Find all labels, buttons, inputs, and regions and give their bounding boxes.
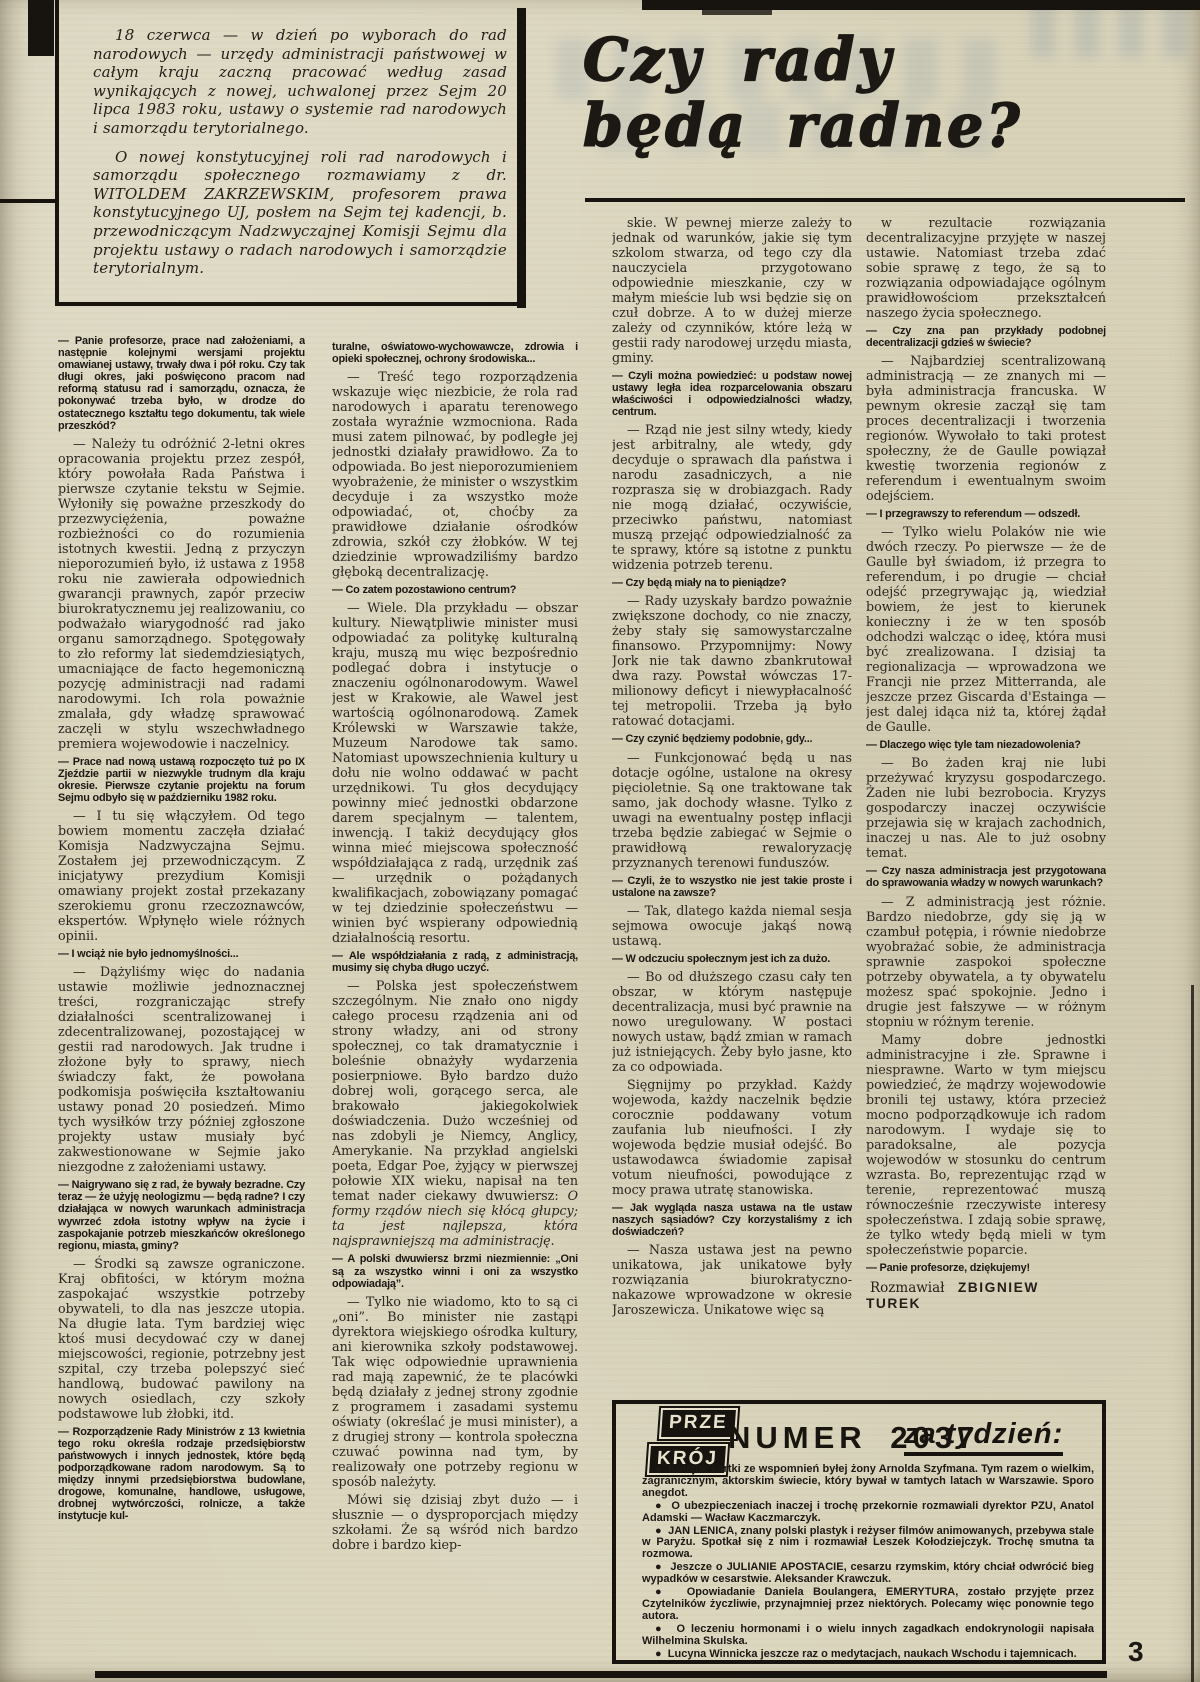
next-issue-tagline: za tydzień: xyxy=(904,1418,1063,1456)
next-issue-item: Opowiadanie Daniela Boulangera, EMERYTUR… xyxy=(642,1587,1094,1623)
interview-question: — Rozporządzenie Rady Ministrów z 13 kwi… xyxy=(58,1426,305,1523)
interview-question: — Naigrywano się z rad, że bywały bezrad… xyxy=(58,1179,305,1252)
headline-line-2: będą radne? xyxy=(583,92,1193,161)
article-headline: Czy rady będą radne? xyxy=(583,26,1193,158)
interview-answer: — Wiele. Dla przykładu — obszar kultury.… xyxy=(332,600,578,945)
interview-answer: — Najbardziej scentralizowaną administra… xyxy=(866,353,1106,503)
interview-answer: Mamy dobre jednostki administracyjne i z… xyxy=(866,1032,1106,1257)
interview-answer: Mówi się dzisiaj zbyt dużo — i słusznie … xyxy=(332,1492,578,1552)
interview-question: — Czyli można powiedzieć: u podstaw nowe… xyxy=(612,370,852,418)
next-issue-list: Kolejne kartki ze wspomnień byłej żony A… xyxy=(642,1464,1094,1662)
interview-answer: — Należy tu odróżnić 2-letni okres oprac… xyxy=(58,436,305,751)
interview-answer: w rezultacie rozwiązania decentralizacyj… xyxy=(866,215,1106,320)
interview-answer: — Polska jest społeczeństwem szczególnym… xyxy=(332,978,578,1248)
next-issue-item: JAN LENICA, znany polski plastyk i reżys… xyxy=(642,1526,1094,1562)
interview-question: — Jak wygląda nasza ustawa na tle ustaw … xyxy=(612,1202,852,1238)
interview-question: — Panie profesorze, dziękujemy! xyxy=(866,1262,1106,1274)
article-column-2: turalne, oświatowo-wychowawcze, zdrowia … xyxy=(332,336,578,1680)
scan-edge-mark xyxy=(702,10,772,15)
interview-answer: — Nasza ustawa jest na pewno unikatowa, … xyxy=(612,1242,852,1317)
next-issue-item: Jeszcze o JULIANIE APOSTACIE, cesarzu rz… xyxy=(642,1562,1094,1586)
interview-answer: skie. W pewnej mierze zależy to jednak o… xyxy=(612,215,852,365)
byline: Rozmawiał ZBIGNIEW TUREK xyxy=(866,1280,1106,1312)
scan-edge-mark xyxy=(28,0,54,56)
page-number: 3 xyxy=(1128,1636,1144,1668)
interview-question: — Czyli, że to wszystko nie jest takie p… xyxy=(612,875,852,899)
scan-edge-mark xyxy=(642,0,1200,10)
interview-answer: — I tu się włączyłem. Od tego bowiem mom… xyxy=(58,808,305,943)
interview-answer: Sięgnijmy po przykład. Każdy wojewoda, k… xyxy=(612,1077,852,1197)
lead-paragraph: O nowej konstytucyjnej roli rad narodowy… xyxy=(93,148,507,278)
page-edge-line xyxy=(1191,985,1194,1682)
next-issue-item: Kolejne kartki ze wspomnień byłej żony A… xyxy=(642,1464,1094,1500)
interview-question: — Czy będą miały na to pieniądze? xyxy=(612,577,852,589)
interview-answer: — Tylko wielu Polaków nie wie dwóch rzec… xyxy=(866,524,1106,734)
interview-question: — Co zatem pozostawiono centrum? xyxy=(332,584,578,596)
next-issue-box: PRZE KRÓJ NUMER 2037 za tydzień: Kolejne… xyxy=(612,1400,1106,1664)
interview-question: — A polski dwuwiersz brzmi niezmiennie: … xyxy=(332,1253,578,1289)
interview-answer: — Dążyliśmy więc do nadania ustawie możl… xyxy=(58,964,305,1174)
article-column-4: w rezultacie rozwiązania decentralizacyj… xyxy=(866,215,1106,1340)
interview-answer: — Tak, dlatego każda niemal sesja sejmow… xyxy=(612,903,852,948)
next-issue-item: O ubezpieczeniach inaczej i trochę przek… xyxy=(642,1501,1094,1525)
interview-answer: — Środki są zawsze ograniczone. Kraj obf… xyxy=(58,1256,305,1421)
lead-intro-box: 18 czerwca — w dzień po wyborach do rad … xyxy=(55,0,521,306)
adjacent-frame-rule xyxy=(0,199,56,203)
article-column-1: — Panie profesorze, prace nad założeniam… xyxy=(58,330,305,1680)
interview-question: — Dlaczego więc tyle tam niezadowolenia? xyxy=(866,739,1106,751)
interview-answer: — Bo żaden kraj nie lubi przeżywać kryzy… xyxy=(866,755,1106,860)
interview-answer: — Treść tego rozporządzenia wskazuje wię… xyxy=(332,369,578,579)
interview-question: — Czy zna pan przykłady podobnej decentr… xyxy=(866,325,1106,349)
interview-question: — Panie profesorze, prace nad założeniam… xyxy=(58,335,305,432)
interview-question: — Czy czynić będziemy podobnie, gdy... xyxy=(612,733,852,745)
interview-question: — Czy nasza administracja jest przygotow… xyxy=(866,865,1106,889)
interview-question: — I przegrawszy to referendum — odszedł. xyxy=(866,508,1106,520)
newspaper-page: 18 czerwca — w dzień po wyborach do rad … xyxy=(0,0,1200,1682)
interview-question: — Ale współdziałania z radą, z administr… xyxy=(332,950,578,974)
headline-underrule xyxy=(585,198,1185,202)
interview-answer: — Tylko nie wiadomo, kto to są ci „oni”.… xyxy=(332,1294,578,1489)
next-issue-item: O leczeniu hormonami i o wielu innych za… xyxy=(642,1624,1094,1648)
interview-answer: — Funkcjonować będą u nas dotacje ogólne… xyxy=(612,750,852,870)
vertical-divider-rule xyxy=(517,8,526,308)
next-issue-item: Lucyna Winnicka jeszcze raz o medytacjac… xyxy=(642,1649,1094,1661)
interview-answer: — Rząd nie jest silny wtedy, kiedy jest … xyxy=(612,422,852,572)
przekroj-logo-top: PRZE xyxy=(659,1408,738,1439)
interview-question: turalne, oświatowo-wychowawcze, zdrowia … xyxy=(332,341,578,365)
interview-answer: — Bo od dłuższego czasu cały ten obszar,… xyxy=(612,969,852,1074)
interview-question: — Prace nad nową ustawą rozpoczęto tuż p… xyxy=(58,756,305,804)
article-column-3: skie. W pewnej mierze zależy to jednak o… xyxy=(612,215,852,1395)
lead-paragraph: 18 czerwca — w dzień po wyborach do rad … xyxy=(93,26,507,138)
interview-question: — I wciąż nie było jednomyślności... xyxy=(58,948,305,960)
interview-answer: — Z administracją jest różnie. Bardzo ni… xyxy=(866,894,1106,1029)
interview-question: — W odczuciu społecznym jest ich za dużo… xyxy=(612,953,852,965)
headline-line-1: Czy rady xyxy=(583,26,1193,95)
interview-answer: — Rady uzyskały bardzo poważnie zwiększo… xyxy=(612,593,852,728)
